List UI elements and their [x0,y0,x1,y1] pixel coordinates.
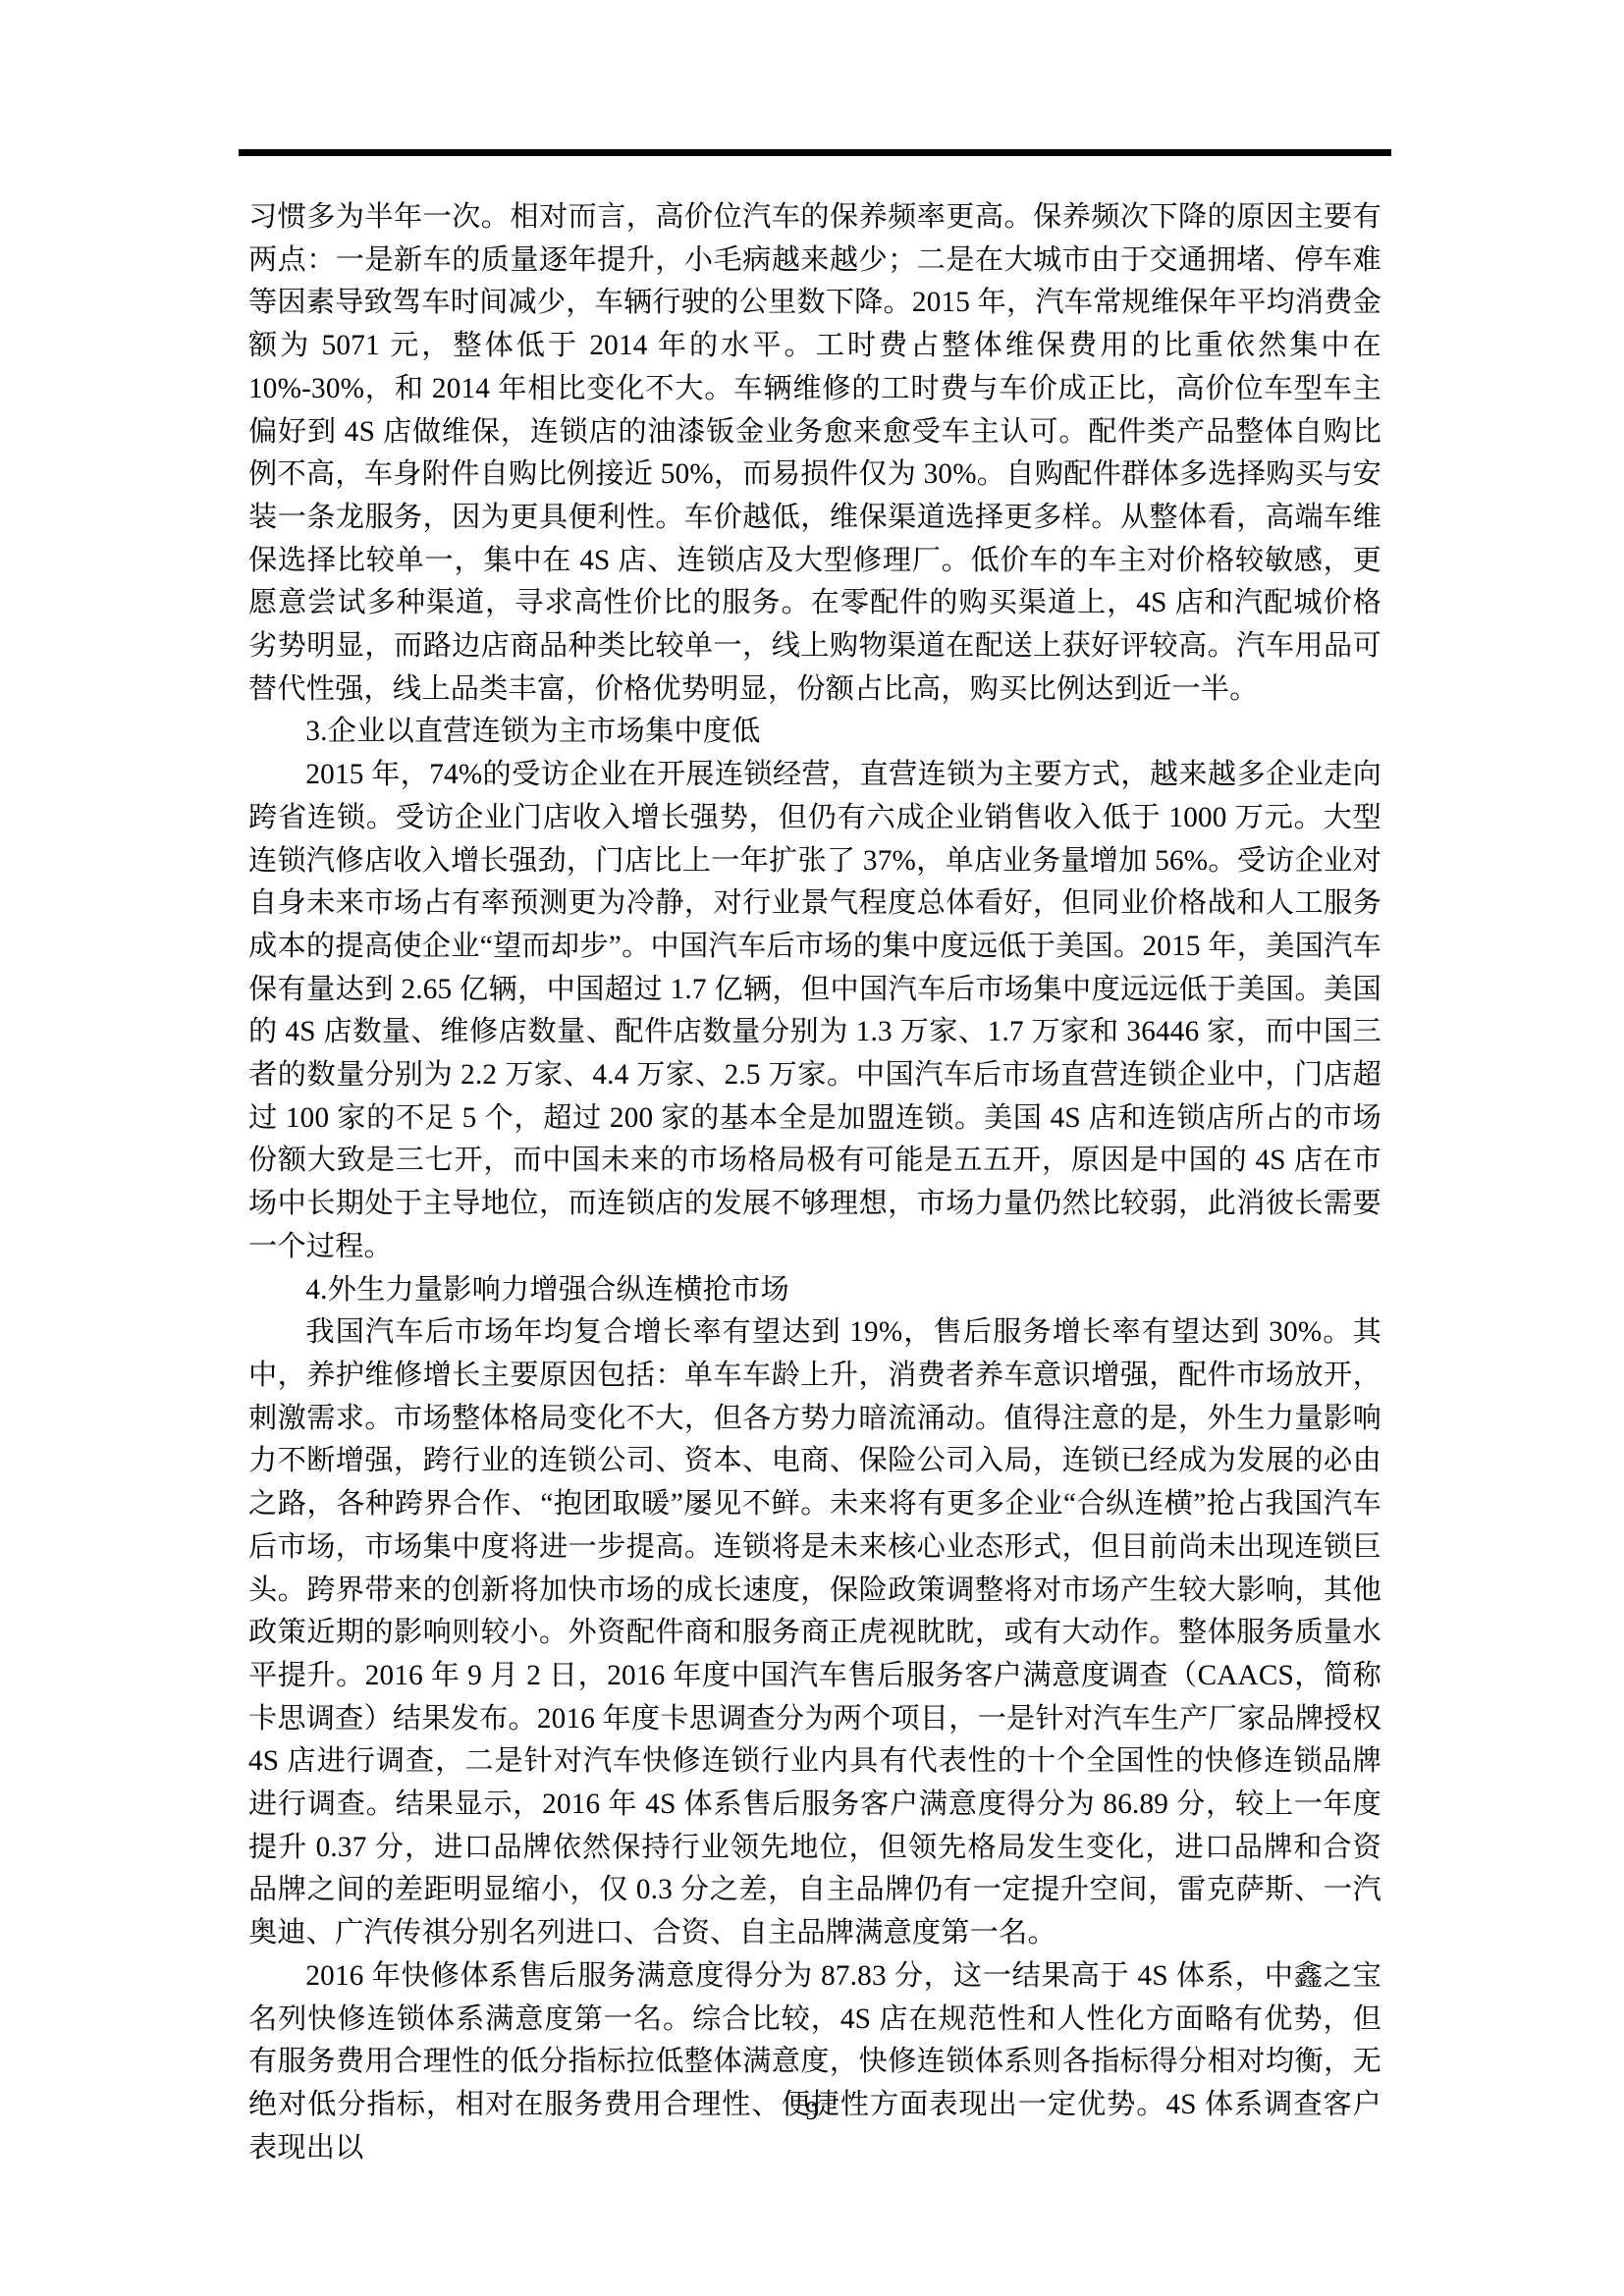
document-body: 习惯多为半年一次。相对而言，高价位汽车的保养频率更高。保养频次下降的原因主要有两… [248,196,1381,2169]
paragraph-section-4-2: 2016 年快修体系售后服务满意度得分为 87.83 分，这一结果高于 4S 体… [248,1955,1381,2170]
header-rule [239,149,1391,156]
section-heading-4: 4.外生力量影响力增强合纵连横抢市场 [248,1269,1381,1312]
paragraph-continuation: 习惯多为半年一次。相对而言，高价位汽车的保养频率更高。保养频次下降的原因主要有两… [248,196,1381,711]
paragraph-section-3: 2015 年，74%的受访企业在开展连锁经营，直营连锁为主要方式，越来越多企业走… [248,754,1381,1268]
page-number: 9 [0,2095,1624,2126]
document-page: 习惯多为半年一次。相对而言，高价位汽车的保养频率更高。保养频次下降的原因主要有两… [0,0,1624,2296]
section-heading-3: 3.企业以直营连锁为主市场集中度低 [248,711,1381,754]
paragraph-section-4-1: 我国汽车后市场年均复合增长率有望达到 19%，售后服务增长率有望达到 30%。其… [248,1311,1381,1955]
